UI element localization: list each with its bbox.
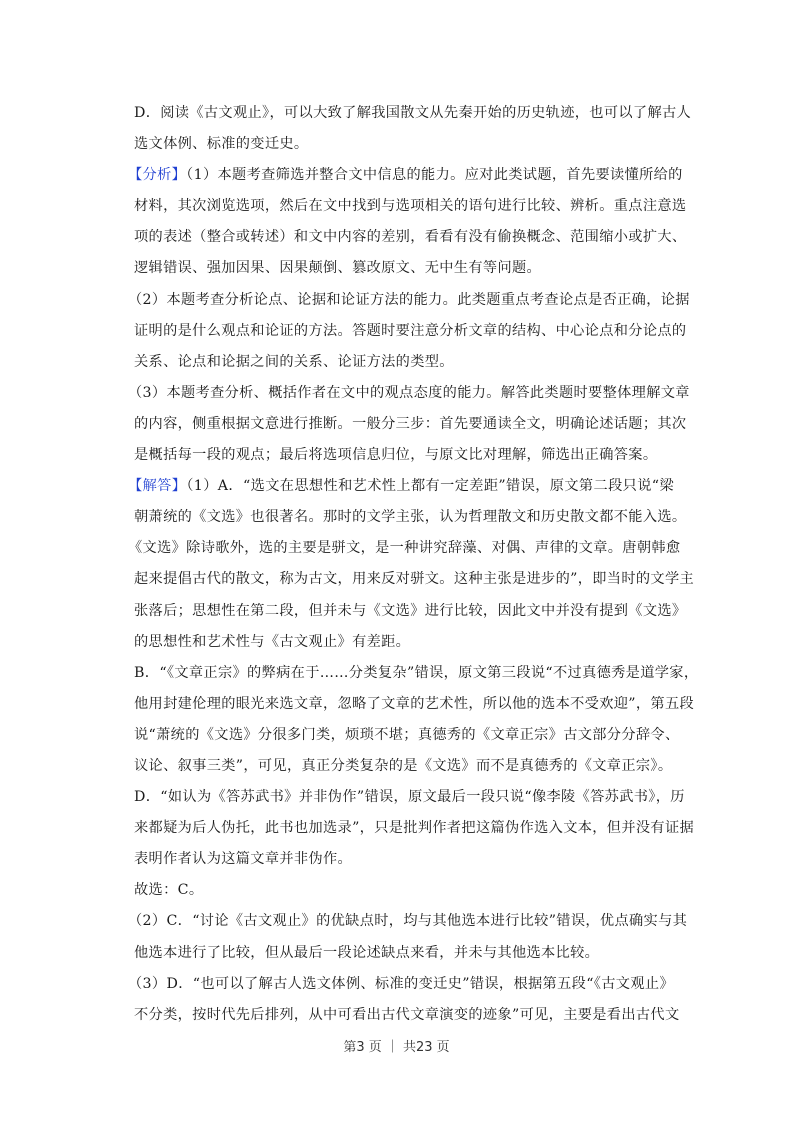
text-line: D．“如认为《答苏武书》并非伪作”错误，原文最后一段只说“像李陵《答苏武书》，历	[134, 782, 674, 813]
text-line: 来都疑为后人伪托，此书也加选录”，只是批判作者把这篇伪作选入文本，但并没有证据	[134, 813, 674, 844]
document-page: D．阅读《古文观止》，可以大致了解我国散文从先秦开始的历史轨迹，也可以了解古人 …	[134, 98, 674, 1031]
text-line: 选文体例、标准的变迁史。	[134, 129, 674, 160]
text-line: 逻辑错误、强加因果、因果颠倒、篡改原文、无中生有等问题。	[134, 253, 674, 284]
text-line: 不分类，按时代先后排列，从中可看出古代文章演变的迹象”可见，主要是看出古代文	[134, 1000, 674, 1031]
text-line: 关系、论点和论据之间的关系、论证方法的类型。	[134, 347, 674, 378]
text-line: 项的表述（整合或转述）和文中内容的差别，看看有没有偷换概念、范围缩小或扩大、	[134, 222, 674, 253]
text-span: （1）本题考查筛选并整合文中信息的能力。应对此类试题，首先要读懂所给的	[186, 167, 683, 183]
text-line: 朝萧统的《文选》也很著名。那时的文学主张，认为哲理散文和历史散文都不能入选。	[134, 502, 674, 533]
text-line: （3）D．“也可以了解古人选文体例、标准的变迁史”错误，根据第五段“《古文观止》	[128, 969, 674, 1000]
text-line: 的思想性和艺术性与《古文观止》有差距。	[134, 627, 674, 658]
answer-heading-line: 【解答】（1）A．“选文在思想性和艺术性上都有一定差距”错误，原文第二段只说“梁	[128, 471, 674, 502]
text-line: （3）本题考查分析、概括作者在文中的观点态度的能力。解答此类题时要整体理解文章	[128, 378, 674, 409]
text-line: 议论、叙事三类”，可见，真正分类复杂的是《文选》而不是真德秀的《文章正宗》。	[134, 751, 674, 782]
text-line: （2）本题考查分析论点、论据和论证方法的能力。此类题重点考查论点是否正确，论据	[128, 285, 674, 316]
text-line: 证明的是什么观点和论证的方法。答题时要注意分析文章的结构、中心论点和分论点的	[134, 316, 674, 347]
analysis-heading-line: 【分析】（1）本题考查筛选并整合文中信息的能力。应对此类试题，首先要读懂所给的	[128, 160, 674, 191]
text-line: 他选本进行了比较，但从最后一段论述缺点来看，并未与其他选本比较。	[134, 938, 674, 969]
text-span: （1）A．“选文在思想性和艺术性上都有一定差距”错误，原文第二段只说“梁	[186, 478, 674, 494]
page-footer: 第3 页 ｜ 共23 页	[0, 1036, 793, 1055]
text-line: 说“萧统的《文选》分很多门类，烦琐不堪；真德秀的《文章正宗》古文部分分辞令、	[134, 720, 674, 751]
answer-tag: 【解答】	[128, 478, 186, 494]
text-line: 张落后；思想性在第二段，但并未与《文选》进行比较，因此文中并没有提到《文选》	[134, 596, 674, 627]
text-line: 起来提倡古代的散文，称为古文，用来反对骈文。这种主张是进步的”，即当时的文学主	[134, 564, 674, 595]
text-line: 《文选》除诗歌外，选的主要是骈文，是一种讲究辞藻、对偶、声律的文章。唐朝韩愈	[128, 533, 674, 564]
text-line: （2）C．“讨论《古文观止》的优缺点时，均与其他选本进行比较”错误，优点确实与其	[128, 906, 674, 937]
answer-choice-line: 故选：C。	[134, 875, 674, 906]
text-line: 是概括每一段的观点；最后将选项信息归位，与原文比对理解，筛选出正确答案。	[134, 440, 674, 471]
text-line: 表明作者认为这篇文章并非伪作。	[134, 844, 674, 875]
text-line: 材料，其次浏览选项，然后在文中找到与选项相关的语句进行比较、辨析。重点注意选	[134, 191, 674, 222]
text-line: B．“《文章正宗》的弊病在于……分类复杂”错误，原文第三段说“不过真德秀是道学家…	[134, 658, 674, 689]
text-line: 的内容，侧重根据文意进行推断。一般分三步：首先要通读全文，明确论述话题；其次	[134, 409, 674, 440]
text-line: D．阅读《古文观止》，可以大致了解我国散文从先秦开始的历史轨迹，也可以了解古人	[134, 98, 674, 129]
analysis-tag: 【分析】	[128, 167, 186, 183]
text-line: 他用封建伦理的眼光来选文章，忽略了文章的艺术性，所以他的选本不受欢迎”，第五段	[134, 689, 674, 720]
